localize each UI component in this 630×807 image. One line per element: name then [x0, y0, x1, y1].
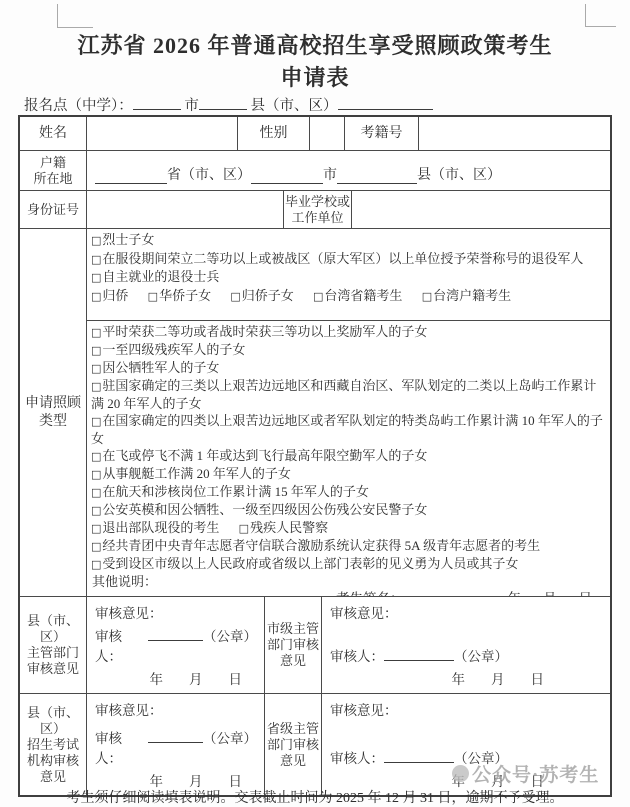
county-suffix-label: 县（市、区）	[251, 98, 338, 114]
watermark-text: 公众号·苏考生	[472, 760, 599, 787]
checkbox-icon[interactable]: □	[91, 271, 101, 284]
policy-option-row: □在国家确定的四类以上艰苦边远地区或者军队划定的特类岛屿工作累计满 10 年军人…	[91, 412, 606, 447]
checkbox-icon[interactable]: □	[148, 290, 158, 303]
residence-input-cell: 省（市、区） 市 县（市、区）	[87, 151, 610, 190]
margin-mark-right	[585, 4, 616, 27]
policy-option-label: 台湾省籍考生	[324, 288, 402, 303]
county-exam-org-label-line4: 意见	[40, 769, 66, 785]
reviewer-label: 审核人：	[330, 645, 384, 665]
day-label: 日	[229, 668, 243, 688]
residence-province-blank[interactable]	[95, 169, 167, 184]
form-title-line1: 江苏省 2026 年普通高校招生享受照顾政策考生	[0, 30, 630, 62]
policy-option[interactable]: □归侨	[91, 288, 128, 303]
policy-option-row: □从事舰艇工作满 20 年军人的子女	[91, 465, 606, 483]
policy-option[interactable]: □一至四级残疾军人的子女	[91, 342, 245, 357]
review-opinion-label: 审核意见：	[330, 602, 602, 622]
province-dept-label-line2: 部门审核	[267, 737, 319, 753]
checkbox-icon[interactable]: □	[313, 290, 323, 303]
review-bottom: 审核人： （公章） 年 月 日	[330, 645, 602, 688]
policy-option-label: 从事舰艇工作满 20 年军人的子女	[102, 466, 291, 481]
policy-option-label: 归侨子女	[242, 288, 294, 303]
city-dept-review-cell[interactable]: 审核意见： 审核人： （公章） 年 月 日	[322, 597, 610, 693]
policy-option[interactable]: □受到设区市级以上人民政府或省级以上部门表彰的见义勇为人员或其子女	[91, 556, 518, 571]
policy-option-row: □因公牺牲军人的子女	[91, 359, 606, 377]
policy-option-label: 受到设区市级以上人民政府或省级以上部门表彰的见义勇为人员或其子女	[102, 556, 518, 571]
checkbox-icon[interactable]: □	[91, 486, 101, 499]
policy-option[interactable]: □因公牺牲军人的子女	[91, 360, 219, 375]
policy-option-row: □在飞或停飞不满 1 年或达到飞行最高年限空勤军人的子女	[91, 447, 606, 465]
policy-option-row: □退出部队现役的考生 □残疾人民警察	[91, 519, 606, 537]
policy-group-2: □平时荣获二等功或者战时荣获三等功以上奖励军人的子女 □一至四级残疾军人的子女 …	[87, 321, 610, 596]
gender-input-cell[interactable]	[310, 117, 345, 150]
registration-point-line: 报名点（中学）： 市 县（市、区）	[24, 94, 606, 115]
county-exam-org-label-line2: 招生考试	[27, 737, 79, 753]
checkbox-icon[interactable]: □	[91, 504, 101, 517]
reviewer-label: 审核人：	[95, 727, 148, 767]
county-dept-label-cell: 县（市、区） 主管部门 审核意见	[20, 597, 87, 693]
policy-option-row: □公安英模和因公牺牲、一级至四级因公伤残公安民警子女	[91, 501, 606, 519]
policy-option[interactable]: □在国家确定的四类以上艰苦边远地区或者军队划定的特类岛屿工作累计满 10 年军人…	[91, 413, 603, 446]
policy-option-label: 华侨子女	[159, 288, 211, 303]
policy-type-label-line2: 类型	[39, 413, 67, 431]
application-form-table: 姓名 性别 考籍号 户籍 所在地 省（市、区） 市	[18, 115, 612, 797]
form-title: 江苏省 2026 年普通高校招生享受照顾政策考生 申请表	[0, 30, 630, 94]
policy-type-label-cell: 申请照顾 类型	[20, 229, 87, 596]
year-label: 年	[508, 590, 522, 596]
checkbox-icon[interactable]: □	[230, 290, 240, 303]
policy-option[interactable]: □在航天和涉核岗位工作累计满 15 年军人的子女	[91, 484, 369, 499]
policy-option-label: 烈士子女	[102, 232, 154, 247]
policy-type-label-line1: 申请照顾	[25, 395, 81, 413]
county-exam-org-label-line1: 县（市、区）	[20, 705, 86, 737]
province-dept-label-line1: 省级主管	[267, 721, 319, 737]
review-bottom: 审核人： （公章） 年 月 日	[95, 727, 256, 790]
watermark: 公众号·苏考生	[452, 760, 599, 787]
margin-mark-left	[57, 4, 93, 28]
form-page: 江苏省 2026 年普通高校招生享受照顾政策考生 申请表 报名点（中学）： 市 …	[0, 0, 630, 807]
policy-option[interactable]: □台湾省籍考生	[313, 288, 402, 303]
policy-option-label: 平时荣获二等功或者战时荣获三等功以上奖励军人的子女	[102, 324, 427, 339]
policy-option[interactable]: □在飞或停飞不满 1 年或达到飞行最高年限空勤军人的子女	[91, 448, 427, 463]
checkbox-icon[interactable]: □	[91, 415, 101, 428]
policy-option-label: 经共青团中央青年志愿者守信联合激励系统认定获得 5A 级青年志愿者的考生	[102, 538, 540, 553]
policy-option-label: 公安英模和因公牺牲、一级至四级因公伤残公安民警子女	[102, 502, 427, 517]
policy-option-row: □驻国家确定的三类以上艰苦边远地区和西藏自治区、军队划定的二类以上岛屿工作累计满…	[91, 377, 606, 412]
policy-option[interactable]: □归侨子女	[230, 288, 293, 303]
checkbox-icon[interactable]: □	[91, 326, 101, 339]
id-label-cell: 身份证号	[20, 191, 87, 228]
city-dept-label-line1: 市级主管	[267, 621, 319, 637]
school-label-line1: 毕业学校或	[285, 194, 350, 210]
form-title-line2: 申请表	[0, 62, 630, 94]
city-blank[interactable]	[199, 95, 247, 110]
county-dept-label-line3: 审核意见	[27, 661, 79, 677]
exam-no-input-cell[interactable]	[419, 117, 610, 150]
residence-county-blank[interactable]	[337, 169, 417, 184]
review-opinion-label: 审核意见：	[330, 699, 602, 719]
reviewer-label: 审核人：	[330, 747, 384, 767]
policy-option-row: □一至四级残疾军人的子女	[91, 341, 606, 359]
reviewer-blank[interactable]	[384, 646, 454, 661]
policy-option-row: □在航天和涉核岗位工作累计满 15 年军人的子女	[91, 483, 606, 501]
county-dept-label-line1: 县（市、区）	[20, 613, 86, 645]
school-input-cell[interactable]	[352, 191, 610, 228]
reviewer-blank[interactable]	[148, 626, 203, 641]
city-dept-label-line2: 部门审核	[267, 637, 319, 653]
residence-label-line1: 户籍	[40, 155, 66, 171]
policy-option-row: □平时荣获二等功或者战时荣获三等功以上奖励军人的子女	[91, 323, 606, 341]
residence-county-label: 县（市、区）	[417, 164, 501, 184]
policy-option-label: 退出部队现役的考生	[102, 520, 219, 535]
checkbox-icon[interactable]: □	[91, 522, 101, 535]
policy-option[interactable]: □从事舰艇工作满 20 年军人的子女	[91, 466, 291, 481]
policy-option-label: 在服役期间荣立二等功以上或被战区（原大军区）以上单位授予荣誉称号的退役军人	[102, 251, 583, 266]
policy-option-label: 自主就业的退役士兵	[102, 269, 219, 284]
checkbox-icon[interactable]: □	[91, 540, 101, 553]
checkbox-icon[interactable]: □	[422, 290, 432, 303]
province-dept-label-cell: 省级主管 部门审核 意见	[265, 694, 322, 795]
seal-label: （公章）	[203, 625, 256, 645]
county-exam-org-label-line3: 机构审核	[27, 753, 79, 769]
city-dept-label-line3: 意见	[280, 653, 306, 669]
policy-option-label: 驻国家确定的三类以上艰苦边远地区和西藏自治区、军队划定的二类以上岛屿工作累计满 …	[91, 378, 596, 411]
review-opinion-label: 审核意见：	[95, 699, 256, 719]
exam-no-label: 考籍号	[361, 125, 403, 143]
review-bottom: 审核人： （公章） 年 月 日	[95, 625, 256, 688]
seal-label: （公章）	[203, 727, 256, 747]
county-dept-label-line2: 主管部门	[27, 645, 79, 661]
checkbox-icon[interactable]: □	[239, 522, 249, 535]
policy-option[interactable]: □驻国家确定的三类以上艰苦边远地区和西藏自治区、军队划定的二类以上岛屿工作累计满…	[91, 378, 596, 411]
month-label: 月	[491, 668, 505, 688]
id-label: 身份证号	[27, 202, 79, 218]
row-review-1: 县（市、区） 主管部门 审核意见 审核意见： 审核人： （公章） 年 月 日	[20, 597, 610, 694]
signature-row: 考生签名： 年 月 日	[91, 590, 606, 596]
policy-option-label: 一至四级残疾军人的子女	[102, 342, 245, 357]
policy-option[interactable]: □退出部队现役的考生	[91, 520, 219, 535]
school-label-cell: 毕业学校或 工作单位	[284, 191, 352, 228]
county-exam-org-label-cell: 县（市、区） 招生考试 机构审核 意见	[20, 694, 87, 795]
policy-options-cell: □烈士子女 □在服役期间荣立二等功以上或被战区（原大军区）以上单位授予荣誉称号的…	[87, 229, 610, 596]
day-label: 日	[579, 590, 593, 596]
checkbox-icon[interactable]: □	[91, 344, 101, 357]
reviewer-blank[interactable]	[148, 728, 203, 743]
policy-option-row: □归侨 □华侨子女 □归侨子女 □台湾省籍考生 □台湾户籍考生	[91, 287, 606, 306]
registration-point-label: 报名点（中学）：	[24, 98, 133, 114]
row-id-school: 身份证号 毕业学校或 工作单位	[20, 191, 610, 229]
review-opinion-label: 审核意见：	[95, 602, 256, 622]
policy-option-row: □在服役期间荣立二等功以上或被战区（原大军区）以上单位授予荣誉称号的退役军人	[91, 250, 606, 269]
policy-option[interactable]: □在服役期间荣立二等功以上或被战区（原大军区）以上单位授予荣誉称号的退役军人	[91, 251, 583, 266]
policy-option[interactable]: □台湾户籍考生	[422, 288, 511, 303]
checkbox-icon[interactable]: □	[91, 362, 101, 375]
watermark-logo-icon	[452, 765, 469, 782]
review-date: 年 月 日	[95, 668, 256, 688]
province-dept-label-line3: 意见	[280, 753, 306, 769]
checkbox-icon[interactable]: □	[91, 290, 101, 303]
id-input-cell[interactable]	[87, 191, 284, 228]
other-note-row: 其他说明：	[91, 573, 606, 590]
county-dept-review-cell[interactable]: 审核意见： 审核人： （公章） 年 月 日	[87, 597, 265, 693]
review-date: 年 月 日	[330, 668, 602, 688]
reviewer-label: 审核人：	[95, 625, 148, 665]
policy-option[interactable]: □经共青团中央青年志愿者守信联合激励系统认定获得 5A 级青年志愿者的考生	[91, 538, 540, 553]
row-basic-info: 姓名 性别 考籍号	[20, 117, 610, 151]
month-label: 月	[543, 590, 557, 596]
policy-option-row: □自主就业的退役士兵	[91, 268, 606, 287]
year-label: 年	[452, 668, 466, 688]
signature-label: 考生签名：	[336, 590, 404, 596]
exam-no-label-cell: 考籍号	[345, 117, 419, 150]
policy-option-label: 残疾人民警察	[250, 520, 328, 535]
policy-option-label: 在飞或停飞不满 1 年或达到飞行最高年限空勤军人的子女	[102, 448, 427, 463]
policy-option-label: 在国家确定的四类以上艰苦边远地区或者军队划定的特类岛屿工作累计满 10 年军人的…	[91, 413, 603, 446]
day-label: 日	[531, 668, 545, 688]
reviewer-line: 审核人： （公章）	[330, 645, 602, 665]
name-label: 姓名	[39, 125, 67, 143]
checkbox-icon[interactable]: □	[91, 234, 101, 247]
gender-label: 性别	[260, 125, 288, 143]
seal-label: （公章）	[454, 645, 508, 665]
reviewer-blank[interactable]	[384, 748, 454, 763]
residence-city-label: 市	[323, 164, 337, 184]
name-input-cell[interactable]	[87, 117, 238, 150]
policy-group-1: □烈士子女 □在服役期间荣立二等功以上或被战区（原大军区）以上单位授予荣誉称号的…	[87, 229, 610, 321]
policy-option[interactable]: □平时荣获二等功或者战时荣获三等功以上奖励军人的子女	[91, 324, 427, 339]
residence-label-line2: 所在地	[33, 171, 72, 187]
checkbox-icon[interactable]: □	[91, 450, 101, 463]
county-blank[interactable]	[338, 95, 433, 110]
name-label-cell: 姓名	[20, 117, 87, 150]
checkbox-icon[interactable]: □	[91, 253, 101, 266]
checkbox-icon[interactable]: □	[91, 380, 101, 393]
policy-option-label: 因公牺牲军人的子女	[102, 360, 219, 375]
policy-option-row: □烈士子女	[91, 231, 606, 250]
city-suffix-label: 市	[184, 98, 199, 114]
signature-date: 年 月 日	[508, 590, 593, 596]
county-exam-org-review-cell[interactable]: 审核意见： 审核人： （公章） 年 月 日	[87, 694, 265, 795]
policy-option-row: □受到设区市级以上人民政府或省级以上部门表彰的见义勇为人员或其子女	[91, 555, 606, 573]
policy-option-row: □经共青团中央青年志愿者守信联合激励系统认定获得 5A 级青年志愿者的考生	[91, 537, 606, 555]
residence-label-cell: 户籍 所在地	[20, 151, 87, 190]
policy-option[interactable]: □残疾人民警察	[239, 520, 328, 535]
residence-province-label: 省（市、区）	[167, 164, 251, 184]
policy-option[interactable]: □自主就业的退役士兵	[91, 269, 219, 284]
month-label: 月	[189, 668, 203, 688]
policy-option[interactable]: □华侨子女	[148, 288, 211, 303]
policy-option[interactable]: □烈士子女	[91, 232, 154, 247]
checkbox-icon[interactable]: □	[91, 468, 101, 481]
other-note-label: 其他说明：	[92, 574, 157, 589]
reviewer-line: 审核人： （公章）	[95, 625, 256, 665]
year-label: 年	[150, 668, 164, 688]
gender-label-cell: 性别	[238, 117, 310, 150]
checkbox-icon[interactable]: □	[91, 558, 101, 571]
policy-option[interactable]: □公安英模和因公牺牲、一级至四级因公伤残公安民警子女	[91, 502, 427, 517]
residence-city-blank[interactable]	[251, 169, 323, 184]
city-dept-label-cell: 市级主管 部门审核 意见	[265, 597, 322, 693]
school-label-line2: 工作单位	[291, 210, 343, 226]
row-residence: 户籍 所在地 省（市、区） 市 县（市、区）	[20, 151, 610, 191]
row-policy-type: 申请照顾 类型 □烈士子女 □在服役期间荣立二等功以上或被战区（原大军区）以上单…	[20, 229, 610, 597]
policy-option-label: 归侨	[102, 288, 128, 303]
policy-option-label: 在航天和涉核岗位工作累计满 15 年军人的子女	[102, 484, 369, 499]
policy-option-label: 台湾户籍考生	[433, 288, 511, 303]
footer-note: 考生须仔细阅读填表说明。交表截止时间为 2025 年 12 月 31 日，逾期不…	[0, 787, 630, 807]
reviewer-line: 审核人： （公章）	[95, 727, 256, 767]
registration-point-blank[interactable]	[133, 95, 181, 110]
